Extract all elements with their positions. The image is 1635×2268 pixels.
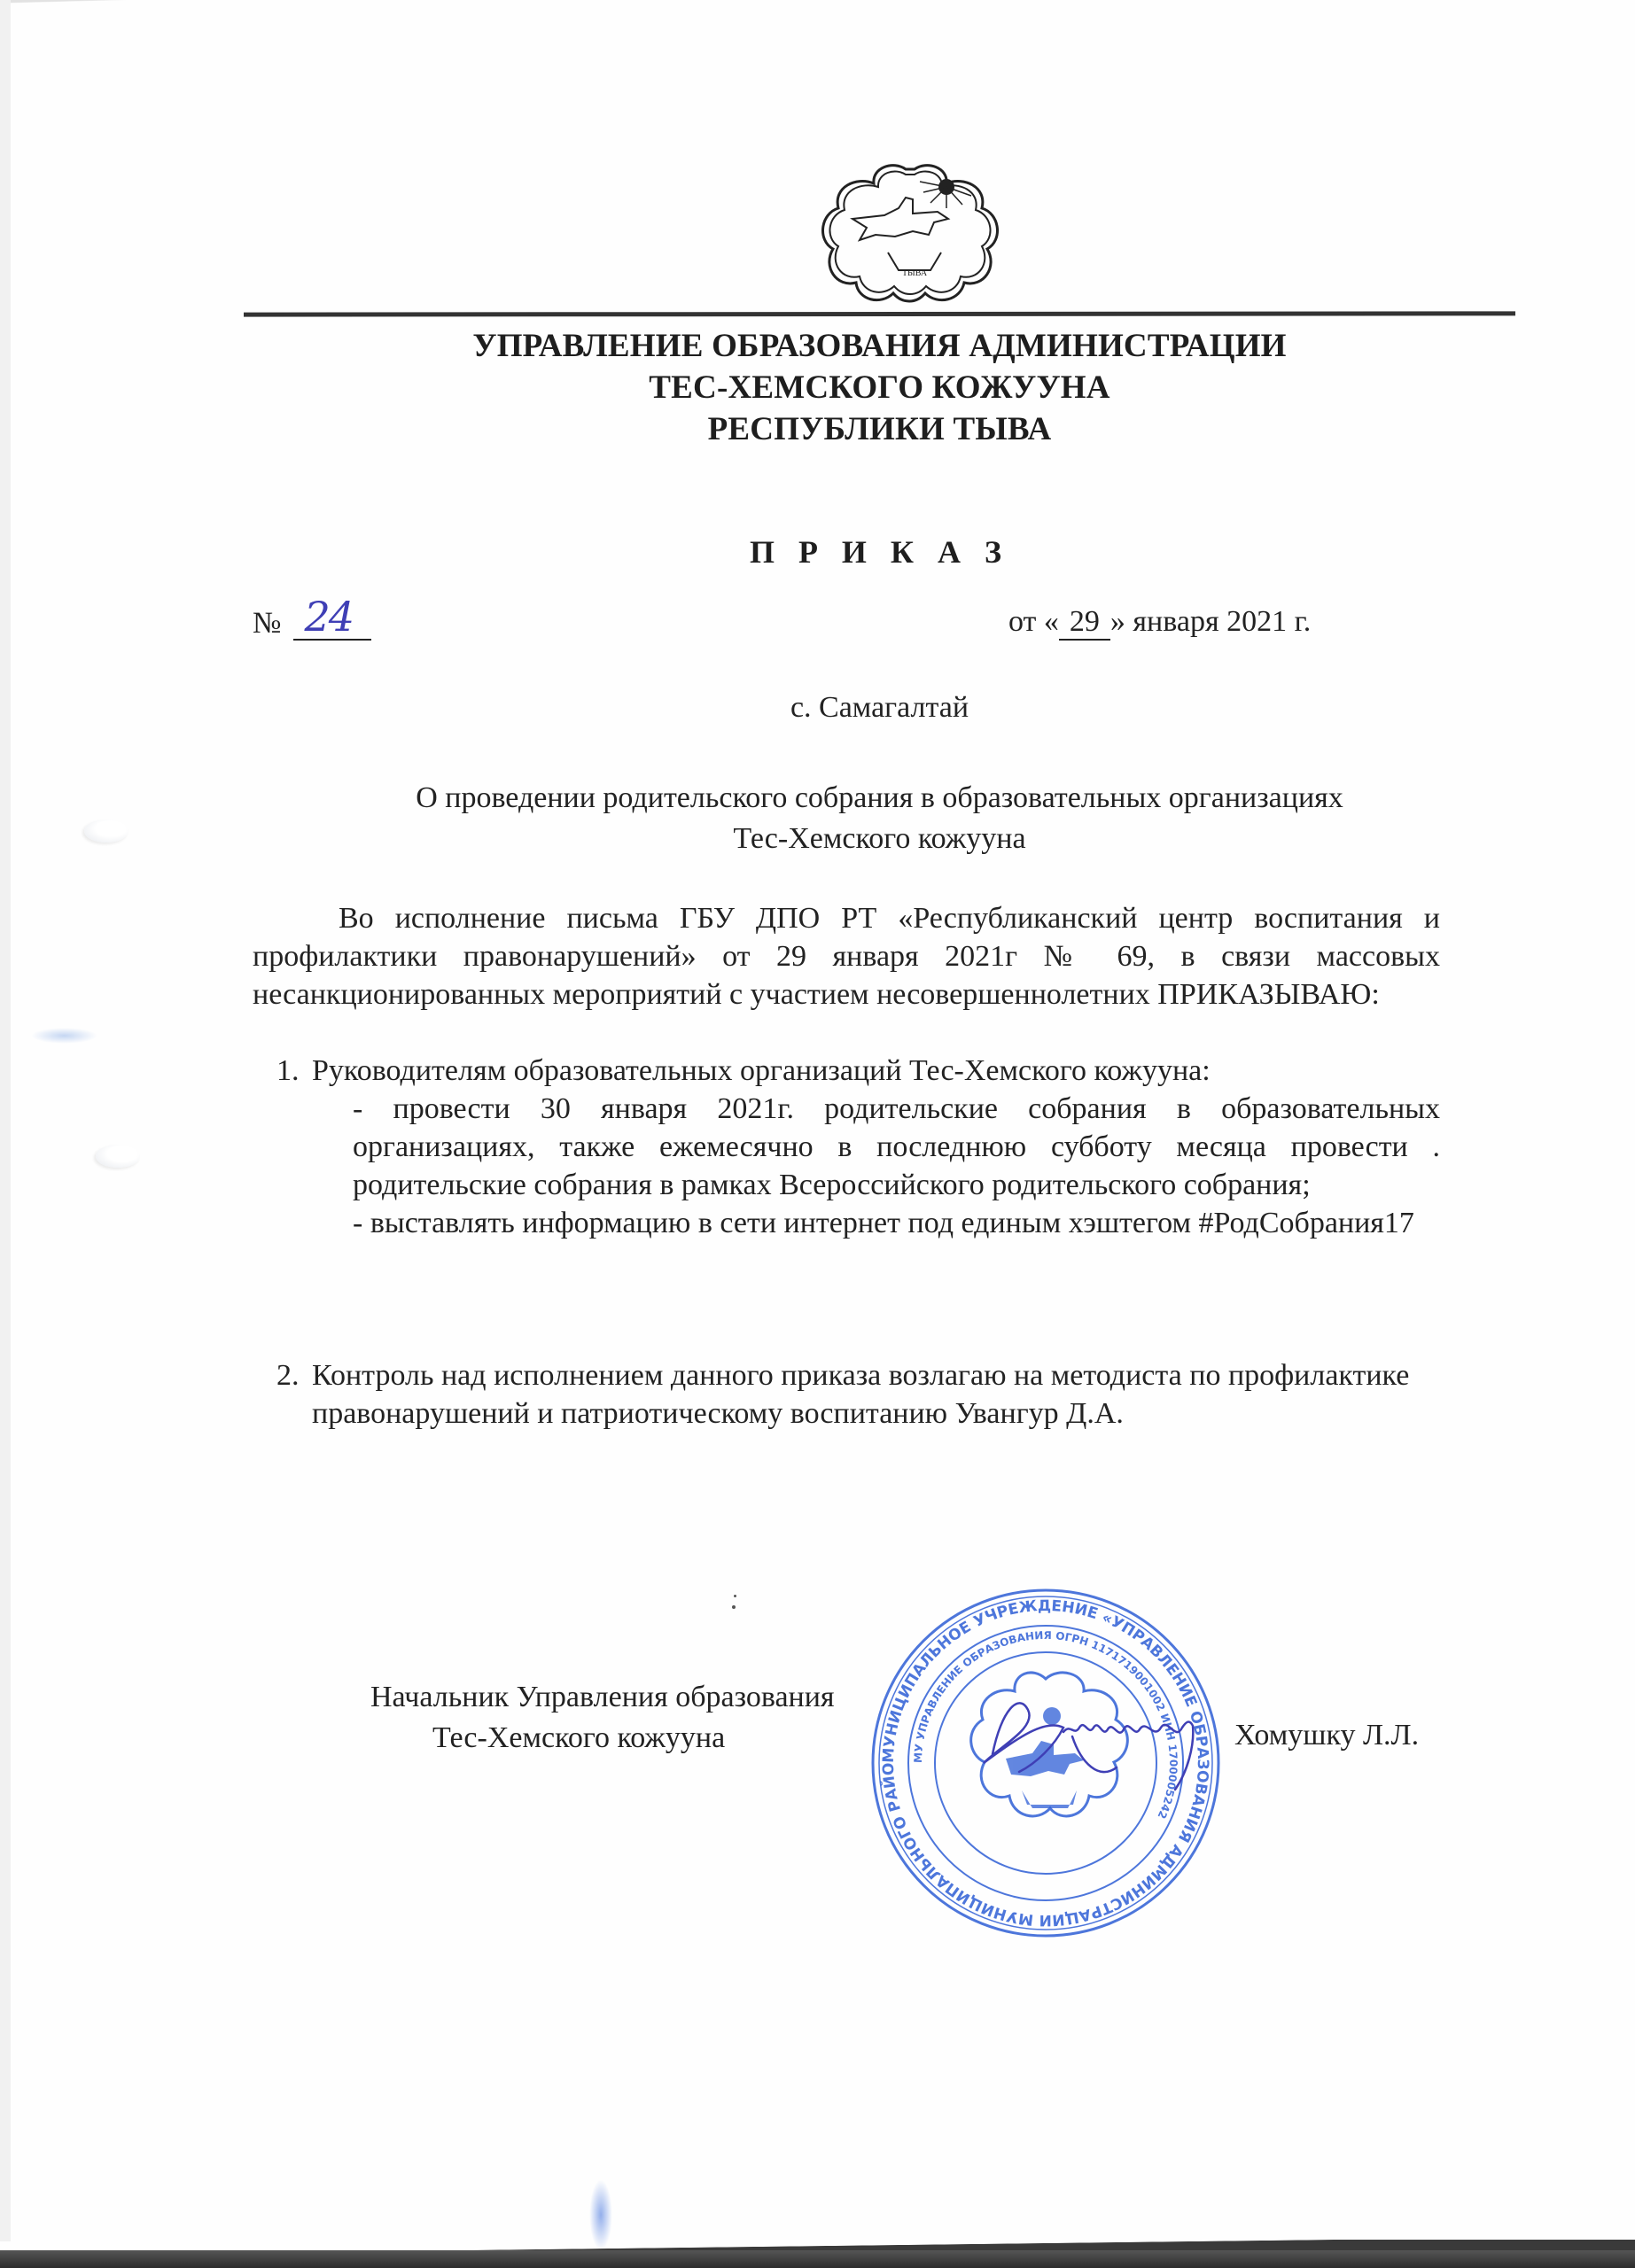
scan-edge-left (0, 0, 11, 2241)
scan-speck (734, 1595, 736, 1597)
order-date: от «29» января 2021 г. (1008, 605, 1311, 641)
punch-hole-icon (84, 819, 128, 843)
order-number: №24 (253, 605, 371, 641)
punch-hole-icon (96, 1145, 140, 1168)
place-of-issue: с. Самагалтай (244, 691, 1515, 725)
order-subitem: - выставлять информацию в сети интернет … (253, 1204, 1440, 1242)
preamble-paragraph: Во исполнение письма ГБУ ДПО РТ «Республ… (253, 899, 1440, 1014)
scan-edge-top (0, 0, 1635, 12)
order-subitem: - провести 30 января 2021г. родительские… (253, 1090, 1440, 1204)
handwritten-signature-icon (966, 1683, 1258, 1798)
order-subject: О проведении родительского собрания в об… (244, 778, 1515, 859)
svg-text:ТЫВА: ТЫВА (902, 268, 928, 278)
order-item-1: 1.Руководителям образовательных организа… (253, 1052, 1440, 1242)
handwritten-number: 24 (304, 593, 353, 641)
header-rule (244, 311, 1515, 316)
ink-smudge (31, 1028, 97, 1044)
signatory-position: Начальник Управления образования Тес-Хем… (370, 1677, 835, 1759)
scan-speck (732, 1605, 736, 1609)
document-page: ТЫВА УПРАВЛЕНИЕ ОБРАЗОВАНИЯ АДМИНИСТРАЦИ… (0, 0, 1635, 2268)
order-title: П Р И К А З (244, 533, 1515, 571)
organization-title: УПРАВЛЕНИЕ ОБРАЗОВАНИЯ АДМИНИСТРАЦИИ ТЕС… (244, 325, 1515, 450)
tuva-emblem-icon: ТЫВА (814, 164, 1016, 304)
order-item-2: 2.Контроль над исполнением данного прика… (253, 1356, 1440, 1433)
scanner-bed (0, 2250, 1635, 2268)
signatory-name: Хомушку Л.Л. (1234, 1719, 1419, 1752)
